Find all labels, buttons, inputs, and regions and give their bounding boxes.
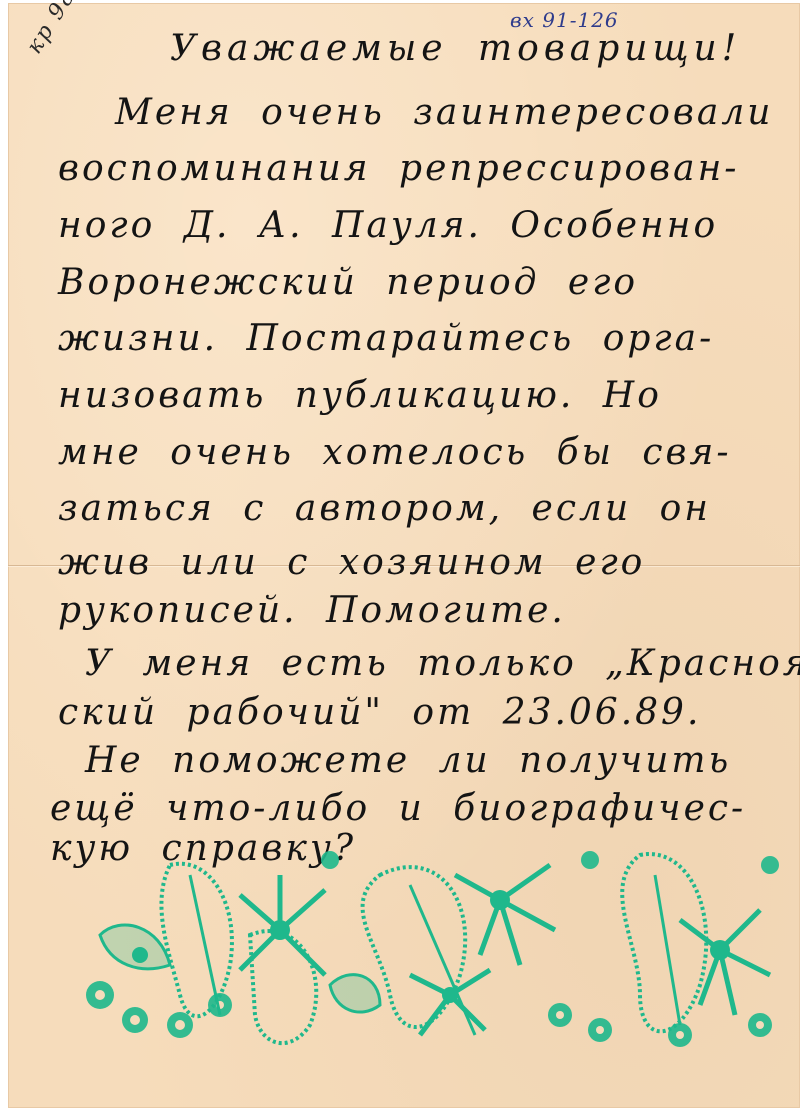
letter-line: жив или с хозяином его xyxy=(58,542,645,583)
letter-line: ного Д. А. Пауля. Особенно xyxy=(58,205,718,246)
letter-line: Меня очень заинтересовали xyxy=(115,92,773,133)
letter-line: низовать публикацию. Но xyxy=(58,375,662,416)
letter-line: ский рабочий" от 23.06.89. xyxy=(58,692,701,733)
letter-line: жизни. Постарайтесь орга- xyxy=(58,318,714,359)
letter-line: рукописей. Помогите. xyxy=(58,590,566,631)
letter-line: Воронежский период его xyxy=(58,262,638,303)
letter-line: заться с автором, если он xyxy=(58,488,711,529)
letter-line: мне очень хотелось бы свя- xyxy=(58,432,732,473)
letter-body: Уважаемые товарищи! Меня очень заинтерес… xyxy=(0,0,800,860)
letter-line: У меня есть только „Краснояр- xyxy=(85,643,800,684)
green-paisley-ornament xyxy=(80,845,780,1055)
letter-line: воспоминания репрессирован- xyxy=(58,148,739,189)
salutation-line: Уважаемые товарищи! xyxy=(170,28,741,69)
letter-line: Не поможете ли получить xyxy=(85,740,731,781)
letter-line: ещё что-либо и биографичес- xyxy=(50,788,746,829)
